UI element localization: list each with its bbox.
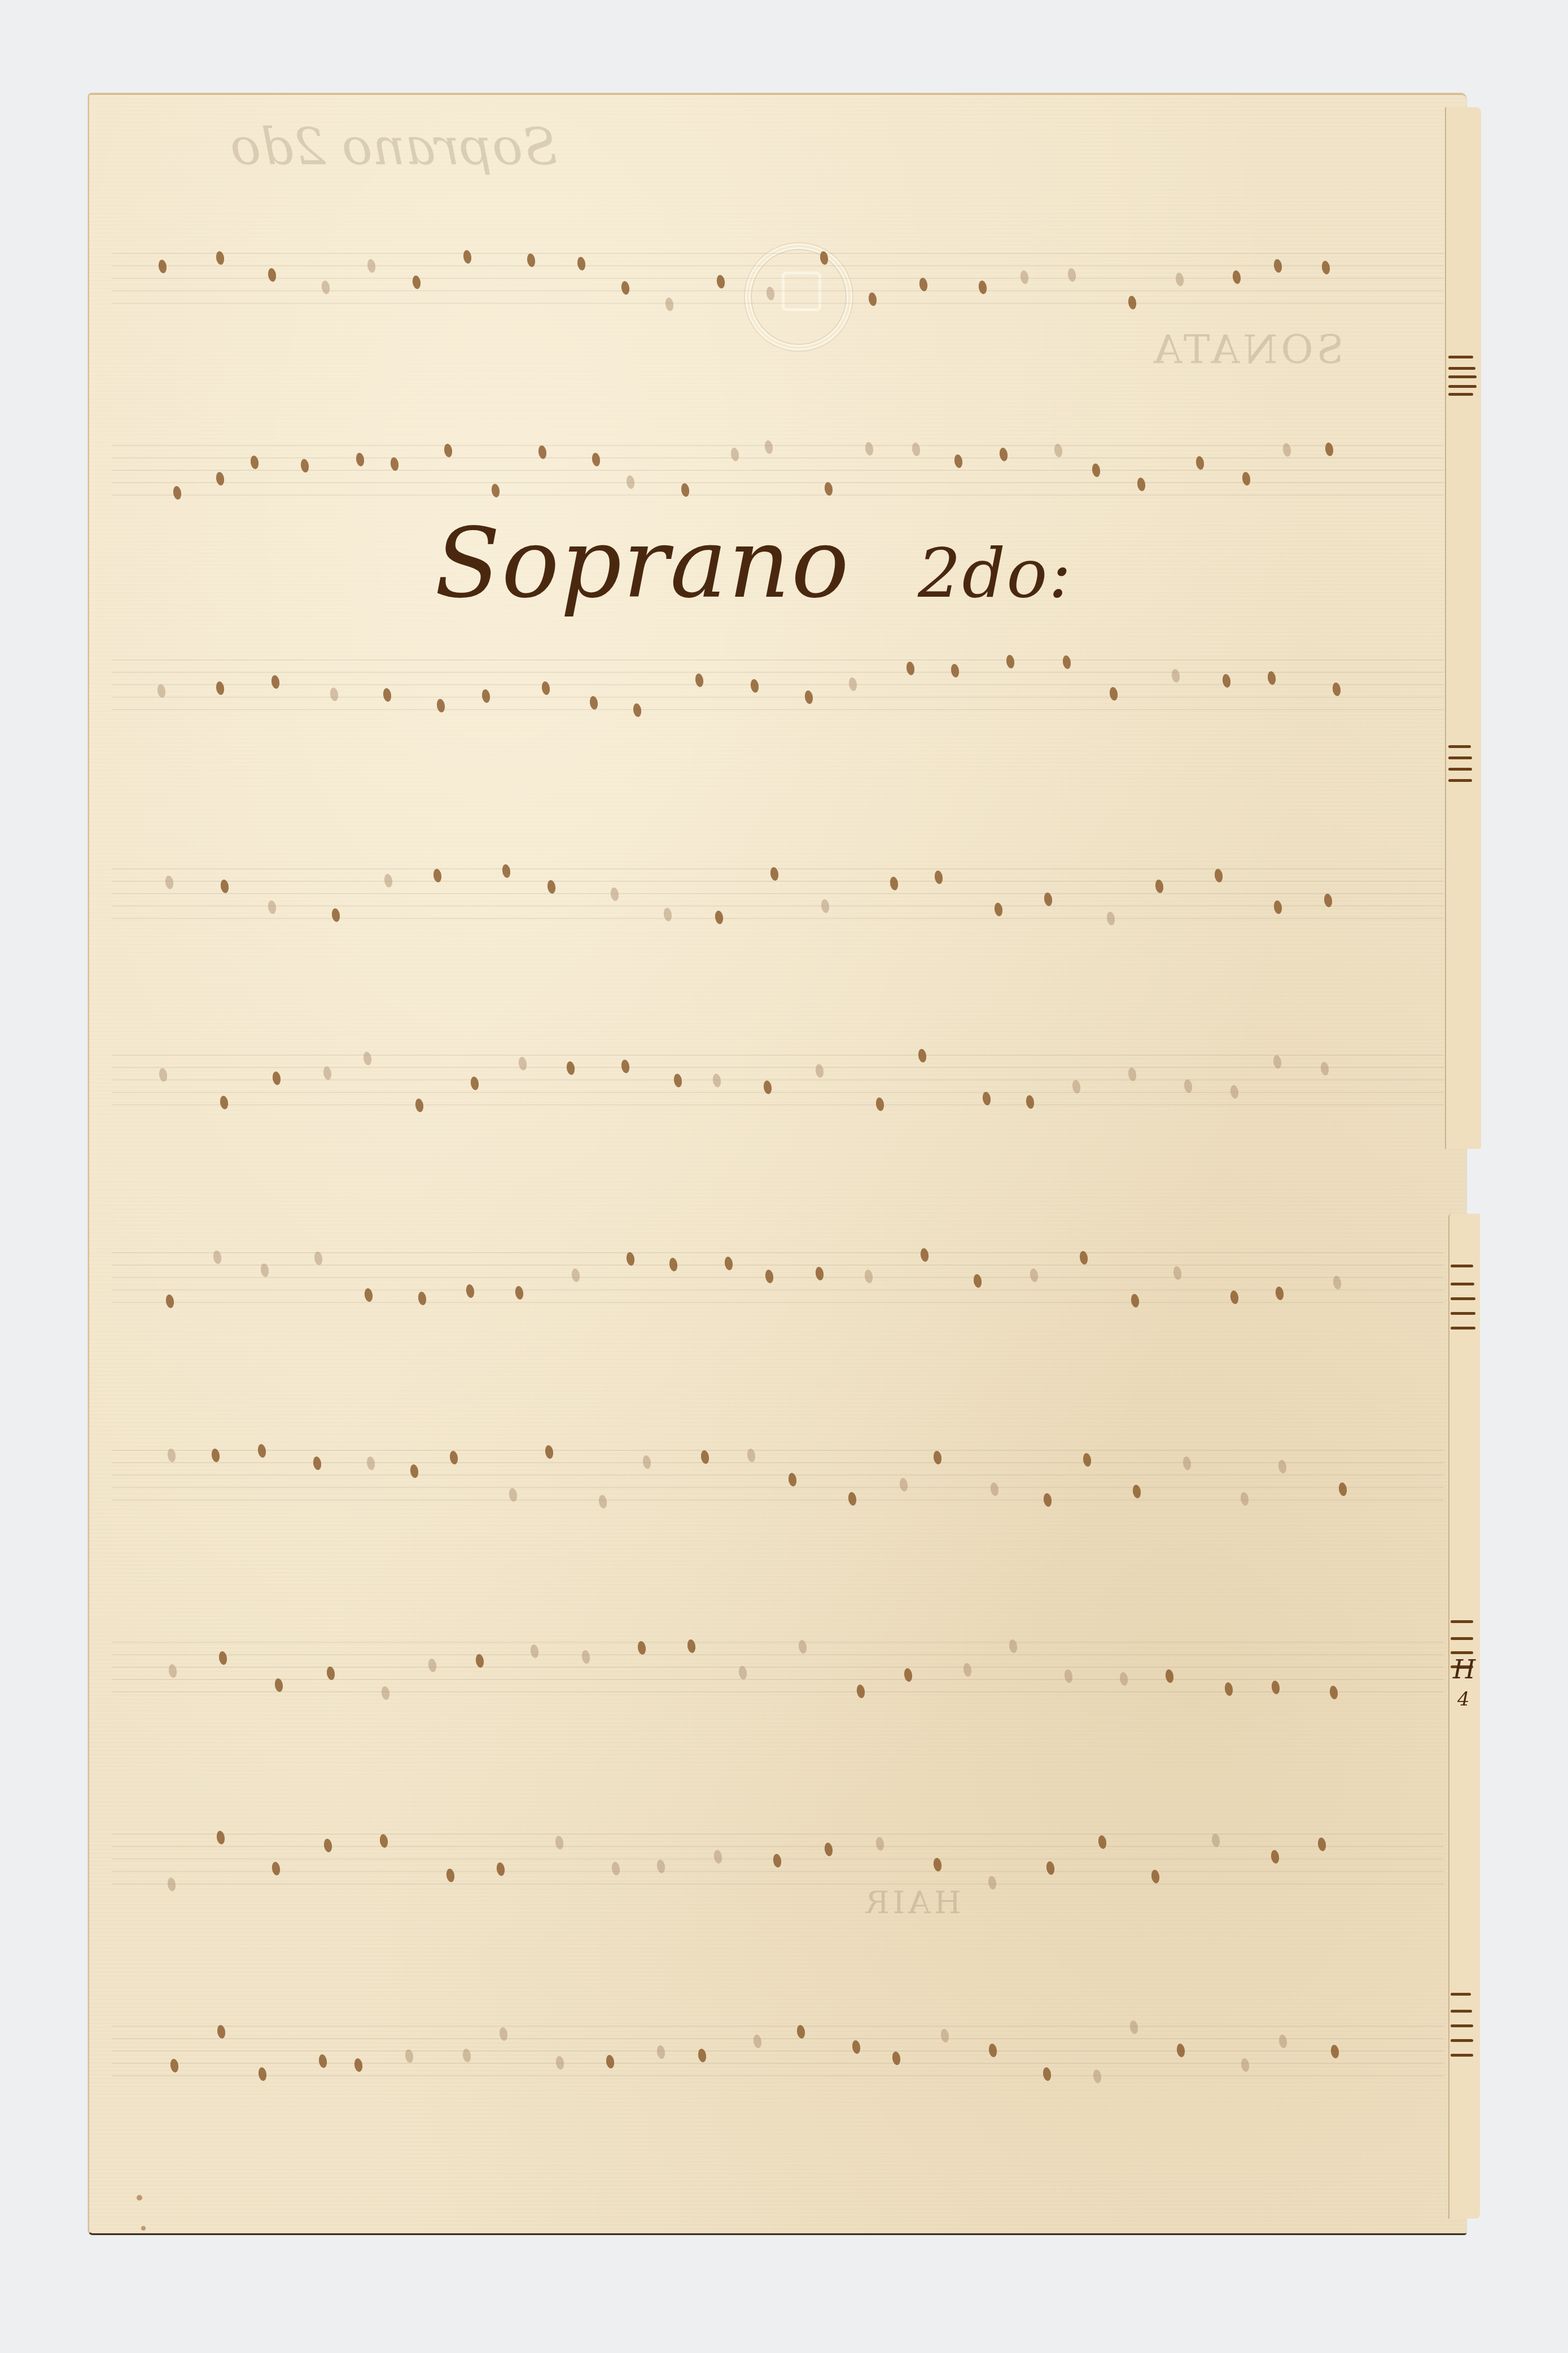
- note-head: [218, 1651, 228, 1665]
- staff-row: [89, 253, 1466, 315]
- staff-line: [112, 495, 1444, 496]
- stub-annotation-h: H: [1453, 1654, 1475, 1685]
- note-head: [1320, 1061, 1330, 1076]
- note-head: [257, 1444, 267, 1458]
- staff-line: [112, 1642, 1444, 1643]
- note-head: [215, 681, 225, 696]
- note-head: [268, 900, 277, 915]
- stub-staff-line: [1448, 745, 1471, 748]
- note-head: [167, 1877, 176, 1892]
- note-head: [906, 661, 916, 676]
- note-head: [713, 1849, 722, 1864]
- staff-line: [112, 2050, 1444, 2052]
- note-head: [1164, 1669, 1174, 1683]
- staff-line: [112, 265, 1444, 266]
- staff-line: [112, 278, 1444, 279]
- note-head: [669, 1257, 678, 1272]
- staff-line: [112, 893, 1444, 894]
- note-head: [1067, 268, 1076, 282]
- stub-staff-line: [1451, 1297, 1475, 1300]
- note-head: [274, 1678, 284, 1692]
- note-head: [951, 663, 960, 678]
- note-head: [169, 2058, 179, 2073]
- note-head: [664, 297, 674, 312]
- note-head: [1042, 2067, 1052, 2081]
- note-head: [1273, 900, 1283, 915]
- note-head: [326, 1666, 335, 1681]
- note-head: [864, 1269, 874, 1284]
- stub-staff-line: [1451, 1620, 1473, 1623]
- stub-annotation-4: 4: [1457, 1688, 1470, 1711]
- note-head: [258, 2067, 268, 2081]
- note-head: [216, 1830, 225, 1845]
- note-head: [355, 452, 365, 467]
- note-head: [428, 1658, 437, 1673]
- staff-line: [112, 253, 1444, 254]
- note-head: [848, 677, 858, 692]
- staff-row: [89, 1055, 1466, 1117]
- staff-line: [112, 918, 1444, 919]
- staff-line: [112, 1846, 1444, 1847]
- note-head: [673, 1073, 682, 1088]
- note-head: [1275, 1286, 1285, 1301]
- note-head: [714, 910, 724, 925]
- note-head: [764, 1269, 774, 1284]
- note-head: [824, 1843, 834, 1857]
- note-head: [541, 681, 550, 696]
- staff-line: [112, 303, 1444, 304]
- note-head: [158, 259, 168, 274]
- stub-staff-line: [1448, 356, 1473, 358]
- note-head: [750, 679, 759, 693]
- note-head: [362, 1051, 372, 1066]
- note-head: [820, 899, 830, 913]
- stub-staff-line: [1451, 1327, 1475, 1329]
- note-head: [271, 1071, 281, 1086]
- note-head: [1097, 1835, 1107, 1849]
- note-head: [496, 1862, 506, 1877]
- note-head: [1132, 1484, 1141, 1499]
- note-head: [1029, 1268, 1039, 1283]
- note-head: [592, 452, 601, 467]
- note-head: [865, 441, 874, 456]
- staff-line: [112, 457, 1444, 458]
- note-head: [1171, 669, 1181, 684]
- staff-row: [89, 659, 1466, 721]
- note-head: [366, 1456, 376, 1471]
- stub-staff-line: [1451, 1637, 1473, 1640]
- note-head: [462, 250, 472, 264]
- note-head: [1317, 1837, 1327, 1852]
- note-head: [988, 2043, 998, 2058]
- staff-line: [112, 290, 1444, 291]
- note-head: [764, 440, 774, 454]
- note-head: [994, 902, 1004, 917]
- staff-line: [112, 672, 1444, 673]
- staff-line: [112, 881, 1444, 882]
- note-head: [625, 475, 635, 489]
- note-head: [1136, 477, 1146, 492]
- staff-line: [112, 445, 1444, 446]
- note-head: [620, 281, 630, 296]
- note-head: [555, 2055, 565, 2070]
- note-head: [804, 690, 814, 705]
- note-head: [978, 280, 987, 295]
- note-head: [436, 698, 446, 713]
- staff-line: [112, 697, 1444, 698]
- stub-staff-line: [1451, 1993, 1471, 1996]
- staff-line: [112, 1487, 1444, 1488]
- manuscript-page: Soprano 2do SONATA HAIR: [88, 93, 1466, 2235]
- note-head: [1128, 295, 1137, 310]
- note-head: [1330, 2044, 1340, 2059]
- note-head: [695, 673, 704, 688]
- note-head: [1224, 1682, 1234, 1696]
- note-head: [514, 1285, 524, 1300]
- note-head: [216, 471, 225, 486]
- staff-line: [112, 1289, 1444, 1291]
- staff-line: [112, 1055, 1444, 1056]
- stub-staff-line: [1451, 2024, 1473, 2027]
- note-head: [637, 1641, 646, 1656]
- note-head: [998, 447, 1008, 462]
- note-head: [753, 2034, 763, 2049]
- staff-row: [89, 1252, 1466, 1314]
- staff-line: [112, 1834, 1444, 1835]
- note-head: [1329, 1685, 1338, 1700]
- note-head: [1092, 2069, 1102, 2084]
- note-head: [466, 1284, 475, 1298]
- note-head: [716, 274, 726, 289]
- staff-row: [89, 1450, 1466, 1512]
- note-head: [581, 1650, 590, 1664]
- note-head: [545, 1445, 554, 1459]
- note-head: [380, 1686, 390, 1700]
- note-head: [963, 1663, 973, 1677]
- staff-row: [89, 445, 1466, 507]
- stub-staff-line: [1451, 1312, 1475, 1315]
- note-head: [1106, 911, 1115, 926]
- staff-line: [112, 1302, 1444, 1303]
- bleed-through-sonata: SONATA: [1150, 326, 1344, 373]
- note-head: [626, 1252, 636, 1266]
- note-head: [920, 1248, 930, 1262]
- staff-line: [112, 1475, 1444, 1476]
- note-head: [712, 1073, 722, 1088]
- note-head: [318, 2054, 327, 2068]
- note-head: [610, 887, 619, 902]
- note-head: [383, 873, 393, 888]
- note-head: [990, 1482, 1000, 1497]
- binding-stub-top: [1445, 107, 1481, 1149]
- note-head: [382, 688, 392, 702]
- note-head: [917, 1048, 927, 1063]
- note-head: [270, 675, 280, 689]
- note-head: [566, 1061, 575, 1075]
- note-head: [172, 486, 182, 501]
- note-head: [621, 1060, 630, 1074]
- stub-staff-line: [1448, 779, 1472, 782]
- staff-line: [112, 1079, 1444, 1081]
- note-head: [856, 1684, 866, 1699]
- staff-line: [112, 709, 1444, 710]
- note-head: [730, 447, 740, 462]
- note-head: [1242, 471, 1251, 486]
- staff-line: [112, 1265, 1444, 1266]
- note-head: [890, 876, 899, 891]
- foxing-spot: [141, 2226, 146, 2230]
- stub-staff-line: [1451, 1265, 1473, 1267]
- note-head: [1130, 1293, 1140, 1308]
- note-head: [1019, 270, 1029, 285]
- heading-suffix: 2do:: [918, 535, 1072, 613]
- note-head: [547, 880, 557, 894]
- staff-line: [112, 1654, 1444, 1655]
- binding-stub-bottom: H 4: [1448, 1214, 1480, 2219]
- stub-staff-line: [1451, 2010, 1472, 2013]
- note-head: [313, 1251, 323, 1266]
- staff-line: [112, 470, 1444, 471]
- note-head: [642, 1455, 651, 1470]
- note-head: [1229, 1084, 1239, 1099]
- note-head: [1278, 2034, 1287, 2049]
- staff-line: [112, 1067, 1444, 1068]
- bleed-through-title: Soprano 2do: [230, 117, 558, 177]
- note-head: [973, 1274, 982, 1289]
- staff-line: [112, 2026, 1444, 2027]
- foxing-spot: [137, 2195, 142, 2201]
- staff-line: [112, 1667, 1444, 1668]
- note-head: [1092, 463, 1101, 478]
- staff-row: [89, 2026, 1466, 2088]
- note-head: [875, 1836, 884, 1851]
- stub-staff-line: [1451, 1283, 1474, 1285]
- note-head: [1176, 2043, 1185, 2058]
- note-head: [418, 1291, 427, 1306]
- note-head: [847, 1492, 857, 1507]
- note-head: [815, 1064, 825, 1079]
- note-head: [571, 1268, 581, 1283]
- note-head: [911, 442, 921, 457]
- staff-row: [89, 1834, 1466, 1896]
- note-head: [1109, 686, 1119, 701]
- note-head: [331, 908, 340, 922]
- note-head: [1270, 1849, 1280, 1864]
- staff-line: [112, 1883, 1444, 1884]
- staff-line: [112, 1252, 1444, 1253]
- stub-staff-line: [1448, 367, 1475, 370]
- note-head: [1184, 1079, 1193, 1094]
- staff-line: [112, 2075, 1444, 2076]
- note-head: [415, 1098, 424, 1113]
- note-head: [220, 1095, 229, 1110]
- staff-row: [89, 1642, 1466, 1704]
- note-head: [598, 1494, 607, 1509]
- note-head: [934, 870, 943, 885]
- stub-staff-line: [1451, 2054, 1473, 2057]
- staff-line: [112, 1104, 1444, 1105]
- note-head: [1064, 1669, 1074, 1683]
- note-head: [1338, 1482, 1347, 1497]
- note-head: [330, 687, 339, 702]
- note-head: [1045, 1861, 1055, 1875]
- note-head: [1273, 259, 1282, 273]
- note-head: [577, 256, 586, 271]
- stub-staff-line: [1448, 393, 1473, 396]
- staff-line: [112, 659, 1444, 661]
- note-head: [663, 907, 673, 922]
- staff-line: [112, 1277, 1444, 1278]
- note-head: [765, 286, 775, 301]
- note-head: [1129, 2020, 1138, 2035]
- staff-line: [112, 868, 1444, 869]
- note-head: [1005, 654, 1015, 669]
- note-head: [724, 1256, 734, 1271]
- note-head: [875, 1097, 885, 1112]
- staff-line: [112, 1462, 1444, 1463]
- staff-line: [112, 906, 1444, 907]
- note-head: [312, 1456, 322, 1471]
- note-head: [1321, 260, 1331, 275]
- note-head: [164, 875, 174, 890]
- note-head: [899, 1477, 909, 1492]
- note-head: [409, 1464, 419, 1479]
- note-head: [1239, 1492, 1249, 1507]
- note-head: [518, 1056, 527, 1071]
- note-head: [1232, 270, 1242, 285]
- note-head: [1062, 655, 1071, 670]
- note-head: [772, 1854, 782, 1869]
- note-head: [470, 1076, 479, 1091]
- note-head: [1240, 2058, 1250, 2072]
- note-head: [300, 459, 309, 474]
- note-head: [1119, 1672, 1129, 1686]
- note-head: [529, 1644, 539, 1659]
- note-head: [611, 1861, 621, 1876]
- note-head: [656, 2045, 665, 2060]
- note-head: [605, 2054, 615, 2069]
- note-head: [1175, 272, 1184, 287]
- staff-line: [112, 2038, 1444, 2039]
- note-head: [1221, 673, 1231, 688]
- note-head: [321, 280, 331, 295]
- stub-staff-line: [1448, 375, 1477, 378]
- note-head: [481, 689, 490, 703]
- note-head: [1025, 1095, 1035, 1109]
- note-head: [868, 292, 878, 307]
- staff-line: [112, 1450, 1444, 1451]
- note-head: [814, 1266, 824, 1281]
- note-head: [738, 1665, 747, 1680]
- note-head: [1182, 1457, 1192, 1471]
- staff-line: [112, 1691, 1444, 1692]
- staff-line: [112, 684, 1444, 685]
- note-head: [940, 2028, 950, 2043]
- note-head: [632, 703, 642, 718]
- note-head: [933, 1857, 943, 1872]
- staff-line: [112, 1092, 1444, 1093]
- part-heading: Soprano2do:: [435, 508, 1072, 620]
- note-head: [367, 259, 376, 273]
- staff-row: [89, 868, 1466, 930]
- note-head: [824, 482, 833, 496]
- note-head: [353, 2058, 363, 2072]
- note-head: [987, 1875, 997, 1890]
- note-head: [953, 454, 963, 469]
- stub-staff-line: [1448, 385, 1477, 388]
- note-head: [554, 1836, 564, 1851]
- note-head: [165, 1294, 174, 1309]
- staff-line: [112, 1871, 1444, 1872]
- heading-main: Soprano: [435, 508, 850, 620]
- note-head: [267, 268, 277, 282]
- note-head: [501, 864, 511, 878]
- stub-staff-line: [1451, 2039, 1473, 2042]
- note-head: [1082, 1453, 1092, 1467]
- note-head: [323, 1838, 332, 1853]
- stub-staff-line: [1448, 768, 1472, 771]
- note-head: [271, 1861, 281, 1876]
- note-head: [1043, 1493, 1053, 1507]
- note-head: [851, 2040, 861, 2054]
- staff-line: [112, 1679, 1444, 1680]
- stub-staff-line: [1448, 756, 1472, 759]
- note-head: [1009, 1639, 1018, 1654]
